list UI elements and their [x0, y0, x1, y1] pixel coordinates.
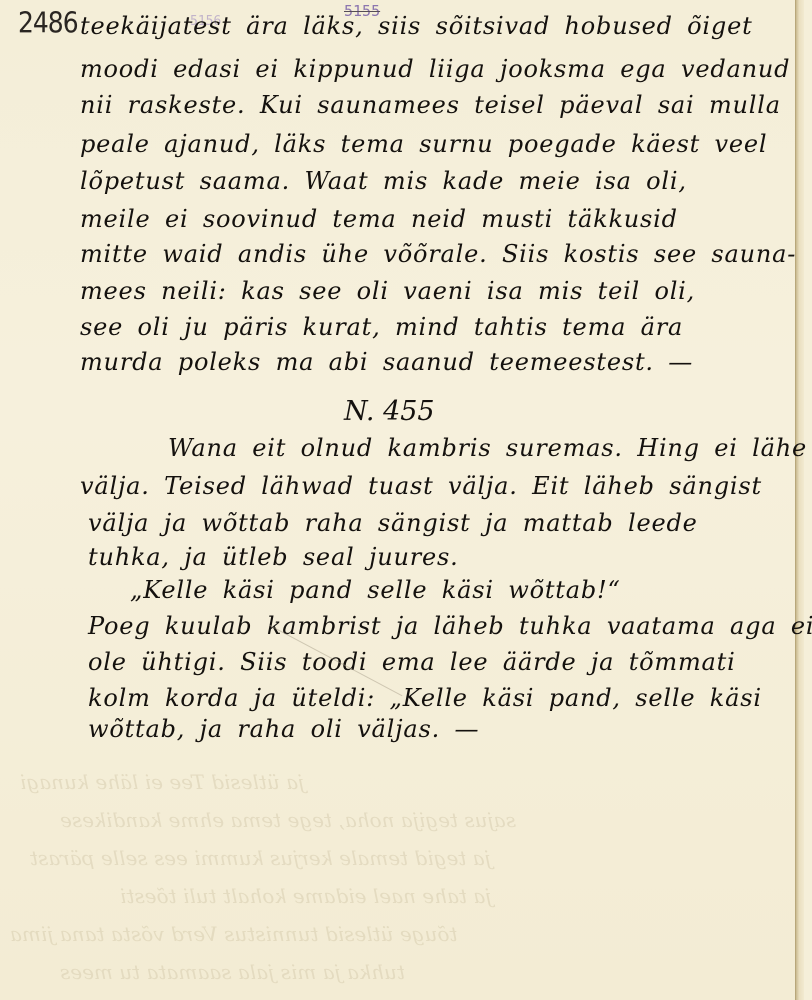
text-line: peale ajanud, läks tema surnu poegade kä…	[80, 130, 767, 158]
text-line: kolm korda ja üteldi: „Kelle käsi pand, …	[88, 684, 762, 712]
bleed-through-line: ja tahe nael eidame kohalt tuli tõesti	[120, 884, 491, 908]
text-line: see oli ju päris kurat, mind tahtis tema…	[80, 313, 683, 341]
text-line: mees neili: kas see oli vaeni isa mis te…	[80, 277, 695, 305]
text-line: välja ja wõttab raha sängist ja mattab l…	[88, 509, 698, 537]
text-line: teekäijatest ära läks, siis sõitsivad ho…	[80, 12, 753, 40]
text-line: meile ei soovinud tema neid musti täkkus…	[80, 205, 678, 233]
page-edge	[795, 0, 804, 1000]
text-line: välja. Teised lähwad tuast välja. Eit lä…	[80, 472, 762, 500]
text-line: moodi edasi ei kippunud liiga jooksma eg…	[80, 55, 790, 83]
text-line: tuhka, ja ütleb seal juures.	[88, 543, 459, 571]
bleed-through-line: tuhka ja mis jala saamata tu mees	[60, 960, 405, 984]
text-line: Poeg kuulab kambrist ja läheb tuhka vaat…	[88, 612, 812, 640]
text-line: „Kelle käsi pand selle käsi wõttab!“	[130, 576, 621, 604]
bleed-through-line: tõuge ütlesid tunnistus Verd võsta tana …	[10, 922, 458, 946]
text-line: ole ühtigi. Siis toodi ema lee äärde ja …	[88, 648, 736, 676]
bleed-through-line: ja tegid temale kerjus kummi ees selle p…	[30, 846, 491, 870]
text-line: nii raskeste. Kui saunamees teisel päeva…	[80, 91, 781, 119]
archive-number: 2486	[18, 6, 78, 39]
text-line: mitte waid andis ühe võõrale. Siis kosti…	[80, 240, 796, 268]
bleed-through-line: ja ütlesid Tee ei lähe kunagi	[20, 770, 304, 794]
text-line: Wana eit olnud kambris suremas. Hing ei …	[168, 434, 807, 462]
text-line: murda poleks ma abi saanud teemeestest. …	[80, 348, 693, 376]
text-line: wõttab, ja raha oli väljas. —	[88, 715, 479, 743]
manuscript-page: 2486 5156 5155 ja ütlesid Tee ei lähe ku…	[0, 0, 804, 1000]
bleed-through-line: sajus tegija noha, tege tema ehme kandik…	[60, 808, 516, 832]
story-heading: N. 455	[344, 396, 435, 427]
text-line: lõpetust saama. Waat mis kade meie isa o…	[80, 167, 687, 195]
